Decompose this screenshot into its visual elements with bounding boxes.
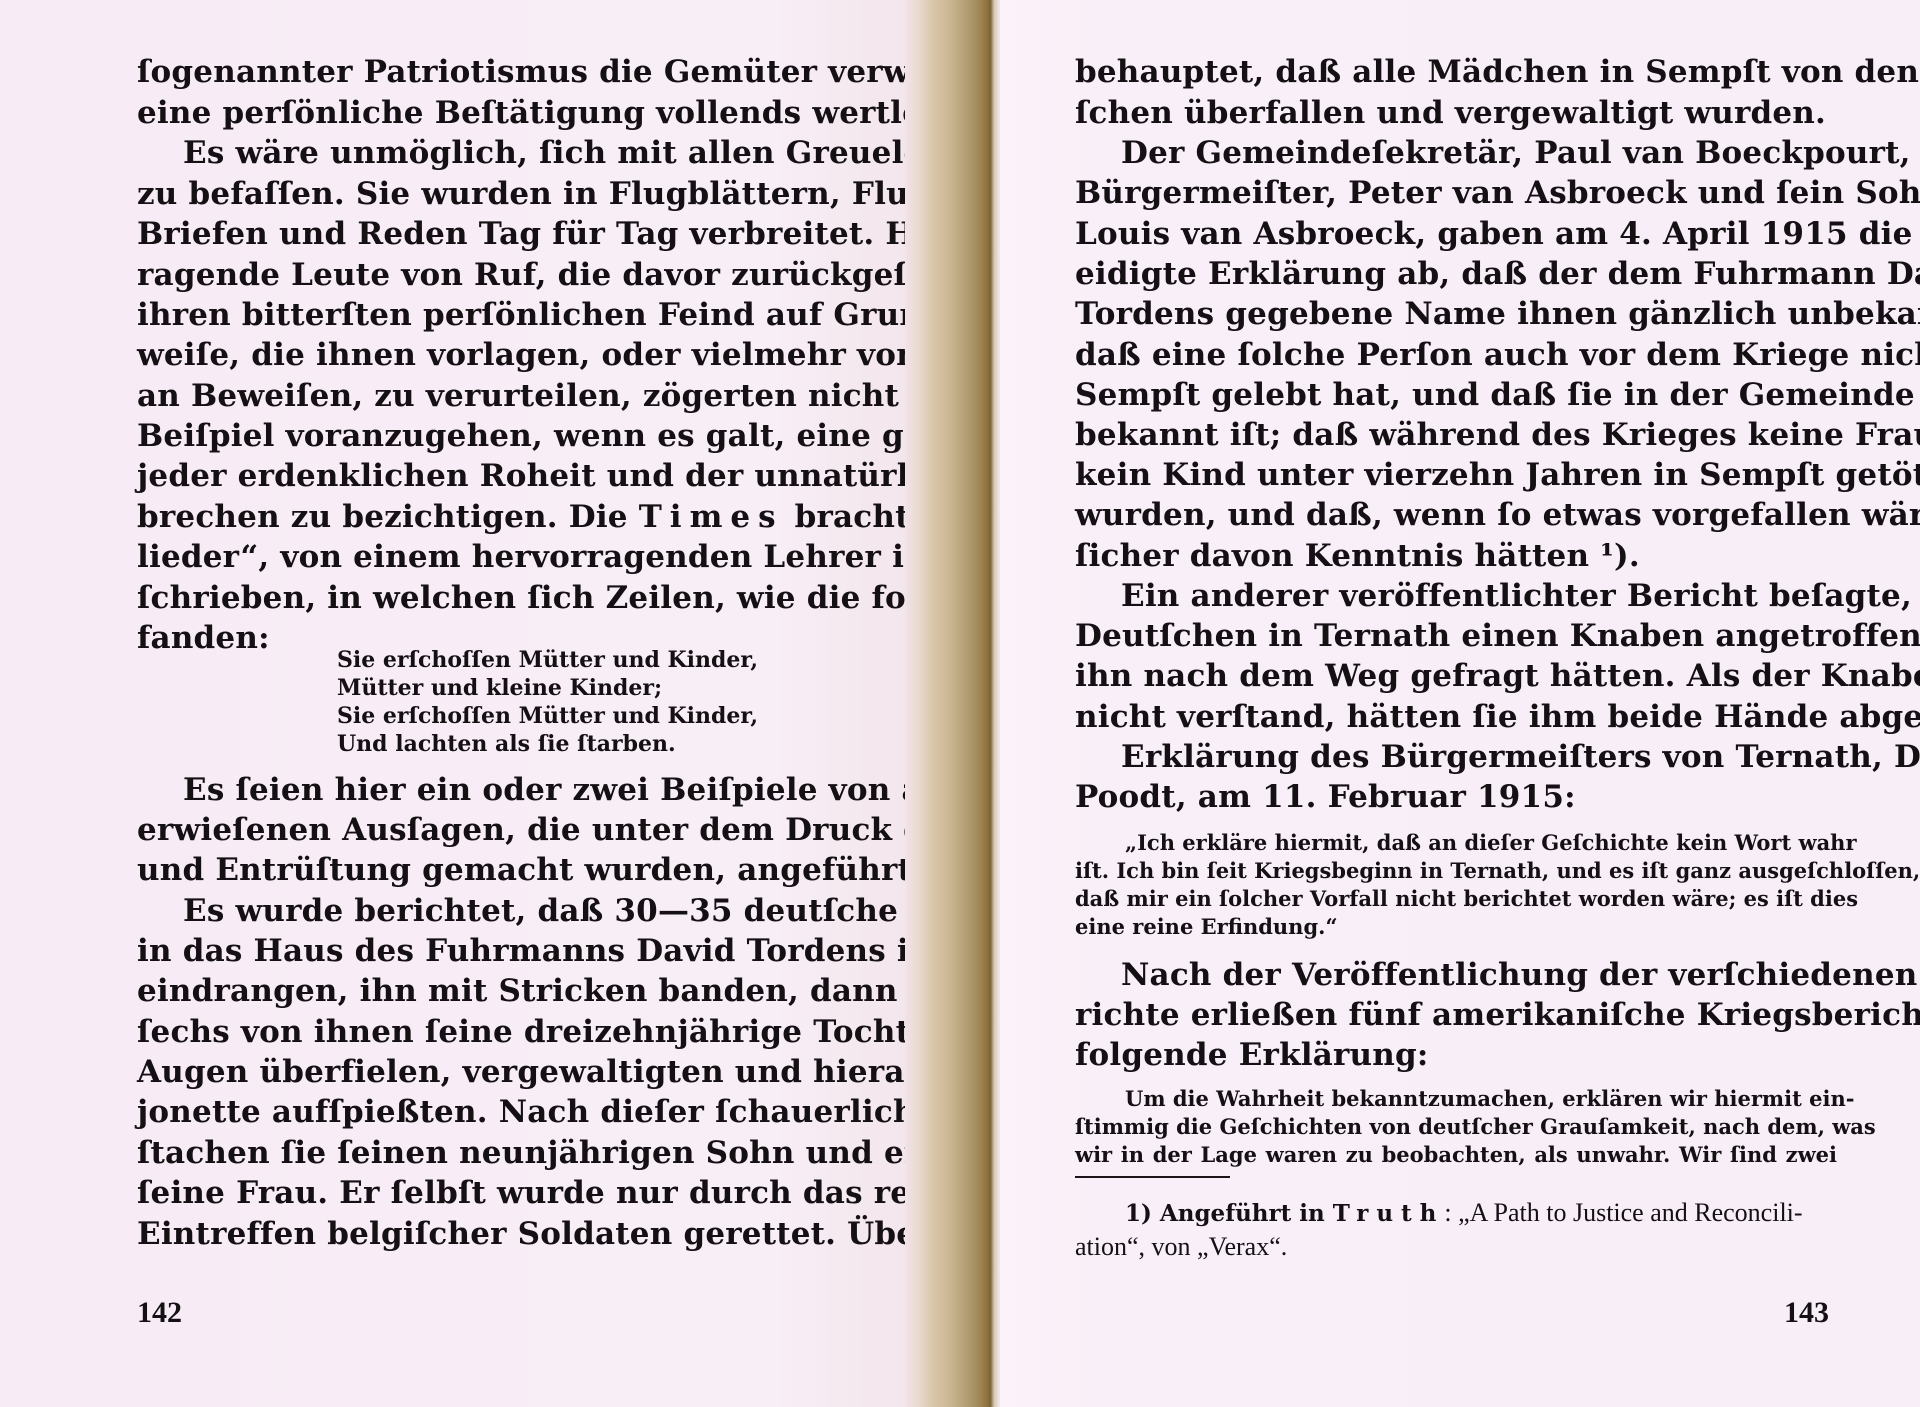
book-gutter (905, 0, 1000, 1407)
text-line: ihren bitterſten perſönlichen Feind auf … (137, 300, 890, 331)
text-line-times: brechen zu bezichtigen. Die Times bracht… (137, 502, 890, 533)
footnote-marker: 1) (1125, 1200, 1152, 1227)
text-line: lieder“, von einem hervorragenden Lehrer… (137, 542, 890, 573)
text-line: wurden, und daß, wenn ſo etwas vorgefall… (1075, 500, 1837, 531)
verse-line: Und lachten als ſie ſtarben. (337, 733, 676, 755)
times-newspaper-name: Times (639, 499, 784, 535)
text-line: richte erließen fünf amerikaniſche Krieg… (1075, 1000, 1837, 1031)
text-line: ſchrieben, in welchen ſich Zeilen, wie d… (137, 583, 890, 614)
text-line: ſeine Frau. Er ſelbſt wurde nur durch da… (137, 1178, 890, 1209)
text-line: eidigte Erklärung ab, daß der dem Fuhrma… (1075, 259, 1837, 290)
text-line: Der Gemeindeſekretär, Paul van Boeckpour… (1075, 138, 1837, 169)
text-line: kein Kind unter vierzehn Jahren in Sempſ… (1075, 460, 1837, 491)
text-line: daß eine ſolche Perſon auch vor dem Krie… (1075, 340, 1837, 371)
text-line: ihn nach dem Weg gefragt hätten. Als der… (1075, 661, 1837, 692)
footnote-source: Truth (1333, 1200, 1445, 1227)
text-line: an Beweiſen, zu verurteilen, zögerten ni… (137, 381, 890, 412)
text-line: Es ſeien hier ein oder zwei Beiſpiele vo… (137, 775, 890, 806)
text-line: Tordens gegebene Name ihnen gänzlich unb… (1075, 299, 1837, 330)
declaration-line: Um die Wahrheit bekanntzumachen, erkläre… (1075, 1088, 1837, 1109)
declaration-line: wir in der Lage waren zu beobachten, als… (1075, 1144, 1837, 1165)
text-line: ſchen überfallen und vergewaltigt wurden… (1075, 98, 1837, 129)
footnote-continuation: ation“, von „Verax“. (1075, 1232, 1287, 1261)
footnote-rule (1075, 1176, 1230, 1178)
text-line: jonette aufſpießten. Nach dieſer ſchauer… (137, 1097, 890, 1128)
text-line: Beiſpiel voranzugehen, wenn es galt, ein… (137, 421, 890, 452)
verse-line: Mütter und kleine Kinder; (337, 677, 662, 699)
text-line: ſicher davon Kenntnis hätten ¹). (1075, 541, 1837, 572)
footnote-line: 1) Angeführt in Truth: „A Path to Justic… (1075, 1200, 1837, 1226)
page-number: 143 (1784, 1298, 1829, 1328)
page-number: 142 (137, 1298, 182, 1328)
text-line: ſogenannter Patriotismus die Gemüter ver… (137, 57, 890, 88)
text-line: bekannt iſt; daß während des Krieges kei… (1075, 420, 1837, 451)
quote-line: eine reine Erfindung.“ (1075, 916, 1837, 937)
text-line: ragende Leute von Ruf, die davor zurückg… (137, 260, 890, 291)
text-line: Eintreffen belgiſcher Soldaten gerettet.… (137, 1219, 890, 1250)
text-line: erwieſenen Ausſagen, die unter dem Druck… (137, 815, 890, 846)
text-line: ſechs von ihnen ſeine dreizehnjährige To… (137, 1017, 890, 1048)
text-line: in das Haus des Fuhrmanns David Tordens … (137, 936, 890, 967)
text-line: Deutſchen in Ternath einen Knaben angetr… (1075, 621, 1837, 652)
text-line: Es wäre unmöglich, ſich mit allen Greuel… (137, 138, 890, 169)
text-line: Poodt, am 11. Februar 1915: (1075, 782, 1837, 813)
quote-line: „Ich erkläre hiermit, daß an dieſer Geſc… (1075, 832, 1837, 853)
text-line: Augen überfielen, vergewaltigten und hie… (137, 1057, 890, 1088)
text-fragment: brechen zu bezichtigen. Die (137, 499, 628, 535)
text-line: zu befaſſen. Sie wurden in Flugblättern,… (137, 179, 890, 210)
text-line: eine perſönliche Beſtätigung vollends we… (137, 98, 890, 129)
text-line: eindrangen, ihn mit Stricken banden, dan… (137, 976, 890, 1007)
footnote-title: : „A Path to Justice and Reconcili- (1444, 1198, 1802, 1227)
text-line: Es wurde berichtet, daß 30—35 deutſche S… (137, 896, 890, 927)
text-line: weiſe, die ihnen vorlagen, oder vielmehr… (137, 340, 890, 371)
text-line: Sempſt gelebt hat, und daß ſie in der Ge… (1075, 380, 1837, 411)
text-line: nicht verſtand, hätten ſie ihm beide Hän… (1075, 702, 1837, 733)
text-line: folgende Erklärung: (1075, 1040, 1837, 1071)
verse-line: Sie erſchoſſen Mütter und Kinder, (337, 649, 758, 671)
declaration-line: ſtimmig die Geſchichten von deutſcher Gr… (1075, 1116, 1837, 1137)
footnote-line: ation“, von „Verax“. (1075, 1234, 1837, 1260)
left-page: ſogenannter Patriotismus die Gemüter ver… (0, 0, 905, 1407)
right-page: behauptet, daß alle Mädchen in Sempſt vo… (1000, 0, 1920, 1407)
text-line: Erklärung des Bürgermeiſters von Ternath… (1075, 742, 1837, 773)
text-line: behauptet, daß alle Mädchen in Sempſt vo… (1075, 57, 1837, 88)
verse-line: Sie erſchoſſen Mütter und Kinder, (337, 705, 758, 727)
text-line: ſtachen ſie ſeinen neunjährigen Sohn und… (137, 1138, 890, 1169)
text-line: Louis van Asbroeck, gaben am 4. April 19… (1075, 219, 1837, 250)
text-line: Briefen und Reden Tag für Tag verbreitet… (137, 219, 890, 250)
quote-line: iſt. Ich bin ſeit Kriegsbeginn in Ternat… (1075, 860, 1837, 881)
text-line: Ein anderer veröffentlichter Bericht beſ… (1075, 581, 1837, 612)
text-line: und Entrüſtung gemacht wurden, angeführt… (137, 855, 890, 886)
footnote-prefix: Angeführt in (1160, 1200, 1325, 1227)
text-line: Bürgermeiſter, Peter van Asbroeck und ſe… (1075, 178, 1837, 209)
text-line: jeder erdenklichen Roheit und der unnatü… (137, 461, 890, 492)
text-line: Nach der Veröffentlichung der verſchiede… (1075, 960, 1837, 991)
quote-line: daß mir ein ſolcher Vorfall nicht berich… (1075, 888, 1837, 909)
